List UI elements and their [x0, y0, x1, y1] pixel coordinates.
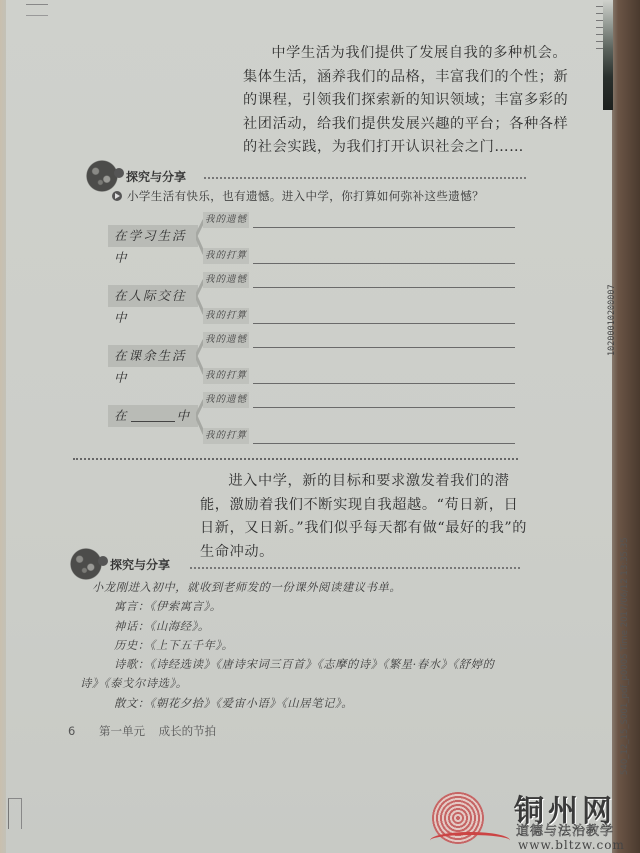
dotted-rule	[204, 177, 526, 179]
category-books: 《山海经》。	[150, 620, 210, 633]
category-name: 寓言：	[114, 600, 150, 613]
page-number: 6	[68, 724, 75, 738]
page-footer: 6 第一单元 成长的节拍	[68, 723, 216, 739]
page-edge-mark	[8, 798, 22, 829]
regret-label: 我的遗憾	[203, 332, 249, 348]
reading-category: 诗歌：《诗经选读》《唐诗宋词三百首》《志摩的诗》《繁星·春水》《舒婷的	[92, 655, 522, 674]
reading-category: 神话：《山海经》。	[92, 617, 522, 636]
mindmap-branch: 在中 我的遗憾 我的打算	[108, 390, 518, 447]
regret-answer-line[interactable]	[253, 407, 515, 408]
label-prefix: 在	[114, 408, 129, 423]
section-separator	[73, 458, 518, 460]
reading-intro: 小龙刚进入初中，就收到老师发的一份课外阅读建议书单。	[92, 578, 522, 597]
branch-label: 在课余生活中	[108, 345, 198, 367]
play-bullet-icon	[112, 191, 122, 201]
unit-title: 成长的节拍	[159, 724, 217, 738]
plan-label: 我的打算	[203, 368, 249, 384]
regret-answer-line[interactable]	[253, 227, 515, 228]
regret-label: 我的遗憾	[203, 212, 249, 228]
category-books: 《上下五千年》。	[150, 639, 234, 652]
unit-label: 第一单元	[99, 724, 145, 738]
category-name: 神话：	[114, 620, 150, 633]
margin-print-code: 10200010200007	[607, 284, 617, 356]
plan-answer-line[interactable]	[253, 443, 515, 444]
label-suffix: 中	[177, 408, 192, 423]
reading-list: 小龙刚进入初中，就收到老师发的一份课外阅读建议书单。 寓言：《伊索寓言》。 神话…	[92, 578, 522, 713]
regret-answer-line[interactable]	[253, 347, 515, 348]
watermark-subtitle: 道德与法治教学	[516, 820, 614, 839]
plan-answer-line[interactable]	[253, 323, 515, 324]
plan-answer-line[interactable]	[253, 263, 515, 264]
site-watermark: 铜州网 道德与法治教学 www.bltzw.com	[430, 786, 640, 853]
question-text: 小学生活有快乐，也有遗憾。进入中学，你打算如何弥补这些遗憾？	[127, 189, 484, 203]
intro-text: 中学生活为我们提供了发展自我的多种机会。集体生活，涵养我们的品格，丰富我们的个性…	[243, 42, 578, 160]
watermark-wave-icon	[430, 832, 510, 849]
reading-category: 寓言：《伊索寓言》。	[92, 597, 522, 616]
reading-category: 历史：《上下五千年》。	[92, 636, 522, 655]
category-name: 历史：	[114, 639, 150, 652]
fill-in-blank[interactable]	[131, 409, 175, 422]
category-name: 诗歌：	[114, 658, 150, 671]
branch-label-custom: 在中	[108, 405, 198, 427]
branch-label: 在人际交往中	[108, 285, 198, 307]
activity-title: 探究与分享	[110, 556, 170, 573]
category-books: 《伊索寓言》。	[150, 600, 222, 613]
reading-category-continued: 诗》《泰戈尔诗选》。	[80, 674, 522, 693]
intro-paragraph: 中学生活为我们提供了发展自我的多种机会。集体生活，涵养我们的品格，丰富我们的个性…	[243, 42, 578, 160]
category-books: 《朝花夕拾》《爱宙小语》《山居笔记》。	[150, 697, 353, 710]
branch-label: 在学习生活中	[108, 225, 198, 247]
mindmap-branch: 在课余生活中 我的遗憾 我的打算	[108, 330, 518, 387]
print-calibration-bar	[603, 0, 613, 110]
category-name: 散文：	[114, 697, 150, 710]
regret-answer-line[interactable]	[253, 287, 515, 288]
activity-title: 探究与分享	[126, 168, 186, 185]
reading-category: 散文：《朝花夕拾》《爱宙小语》《山居笔记》。	[92, 694, 522, 713]
plan-answer-line[interactable]	[253, 383, 515, 384]
plan-label: 我的打算	[203, 308, 249, 324]
page-edge-mark	[26, 4, 48, 16]
plan-label: 我的打算	[203, 428, 249, 444]
mindmap-branch: 在人际交往中 我的遗憾 我的打算	[108, 270, 518, 327]
category-books: 《诗经选读》《唐诗宋词三百首》《志摩的诗》《繁星·春水》《舒婷的	[150, 658, 495, 671]
plan-label: 我的打算	[203, 248, 249, 264]
regret-label: 我的遗憾	[203, 272, 249, 288]
reflection-mindmap: 在学习生活中 我的遗憾 我的打算 在人际交往中 我的遗憾 我的打算 在课余生活中…	[108, 210, 518, 450]
activity-header-2: 探究与分享	[70, 548, 520, 578]
watermark-url: www.bltzw.com	[518, 838, 625, 852]
activity-header-1: 探究与分享	[86, 160, 526, 190]
explore-share-badge-icon	[70, 548, 102, 580]
dotted-rule	[190, 567, 520, 569]
mindmap-branch: 在学习生活中 我的遗憾 我的打算	[108, 210, 518, 267]
activity-question: 小学生活有快乐，也有遗憾。进入中学，你打算如何弥补这些遗憾？	[112, 188, 484, 204]
margin-print-timestamp: 540_12_15_S001_pdf_p0005 Time 2017/06/12…	[620, 537, 630, 775]
regret-label: 我的遗憾	[203, 392, 249, 408]
